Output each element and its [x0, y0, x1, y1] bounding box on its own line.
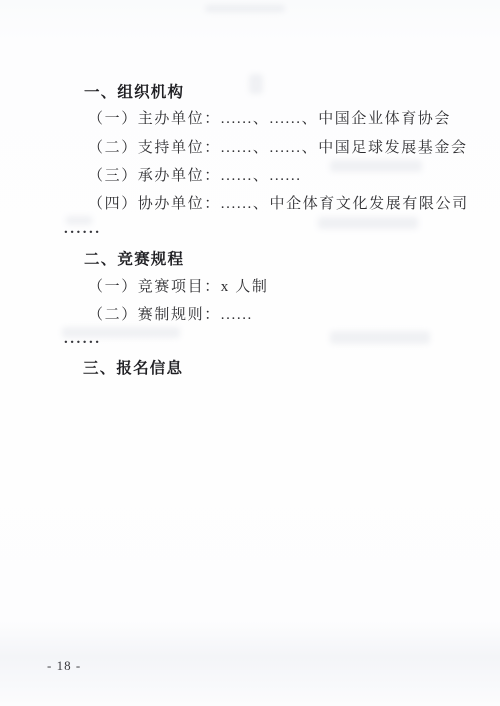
- section-heading-organization: 一、组织机构: [84, 84, 184, 101]
- list-item-match-rules: （二）赛制规则：......: [88, 307, 253, 324]
- page-number: - 18 -: [47, 659, 81, 673]
- list-item-host-unit: （一）主办单位：......、......、中国企业体育协会: [88, 111, 451, 128]
- section-heading-competition-rules: 二、竞赛规程: [84, 251, 184, 268]
- bleedthrough-smudge: [205, 5, 285, 12]
- list-item-co-organizer-unit: （四）协办单位：......、中企体育文化发展有限公司: [88, 196, 469, 213]
- ellipsis-line: ......: [64, 221, 102, 238]
- section-heading-registration-info: 三、报名信息: [83, 360, 183, 377]
- bleedthrough-smudge: [330, 160, 422, 172]
- bleedthrough-smudge: [330, 331, 430, 344]
- list-item-competition-event: （一）竞赛项目：x 人制: [88, 279, 268, 296]
- list-item-organizer-unit: （三）承办单位：......、......: [88, 168, 302, 185]
- bleedthrough-smudge: [249, 74, 263, 94]
- document-page: 一、组织机构 （一）主办单位：......、......、中国企业体育协会 （二…: [0, 0, 500, 706]
- bleedthrough-smudge: [318, 217, 418, 229]
- list-item-support-unit: （二）支持单位：......、......、中国足球发展基金会: [88, 140, 468, 157]
- ellipsis-line: ......: [64, 331, 102, 348]
